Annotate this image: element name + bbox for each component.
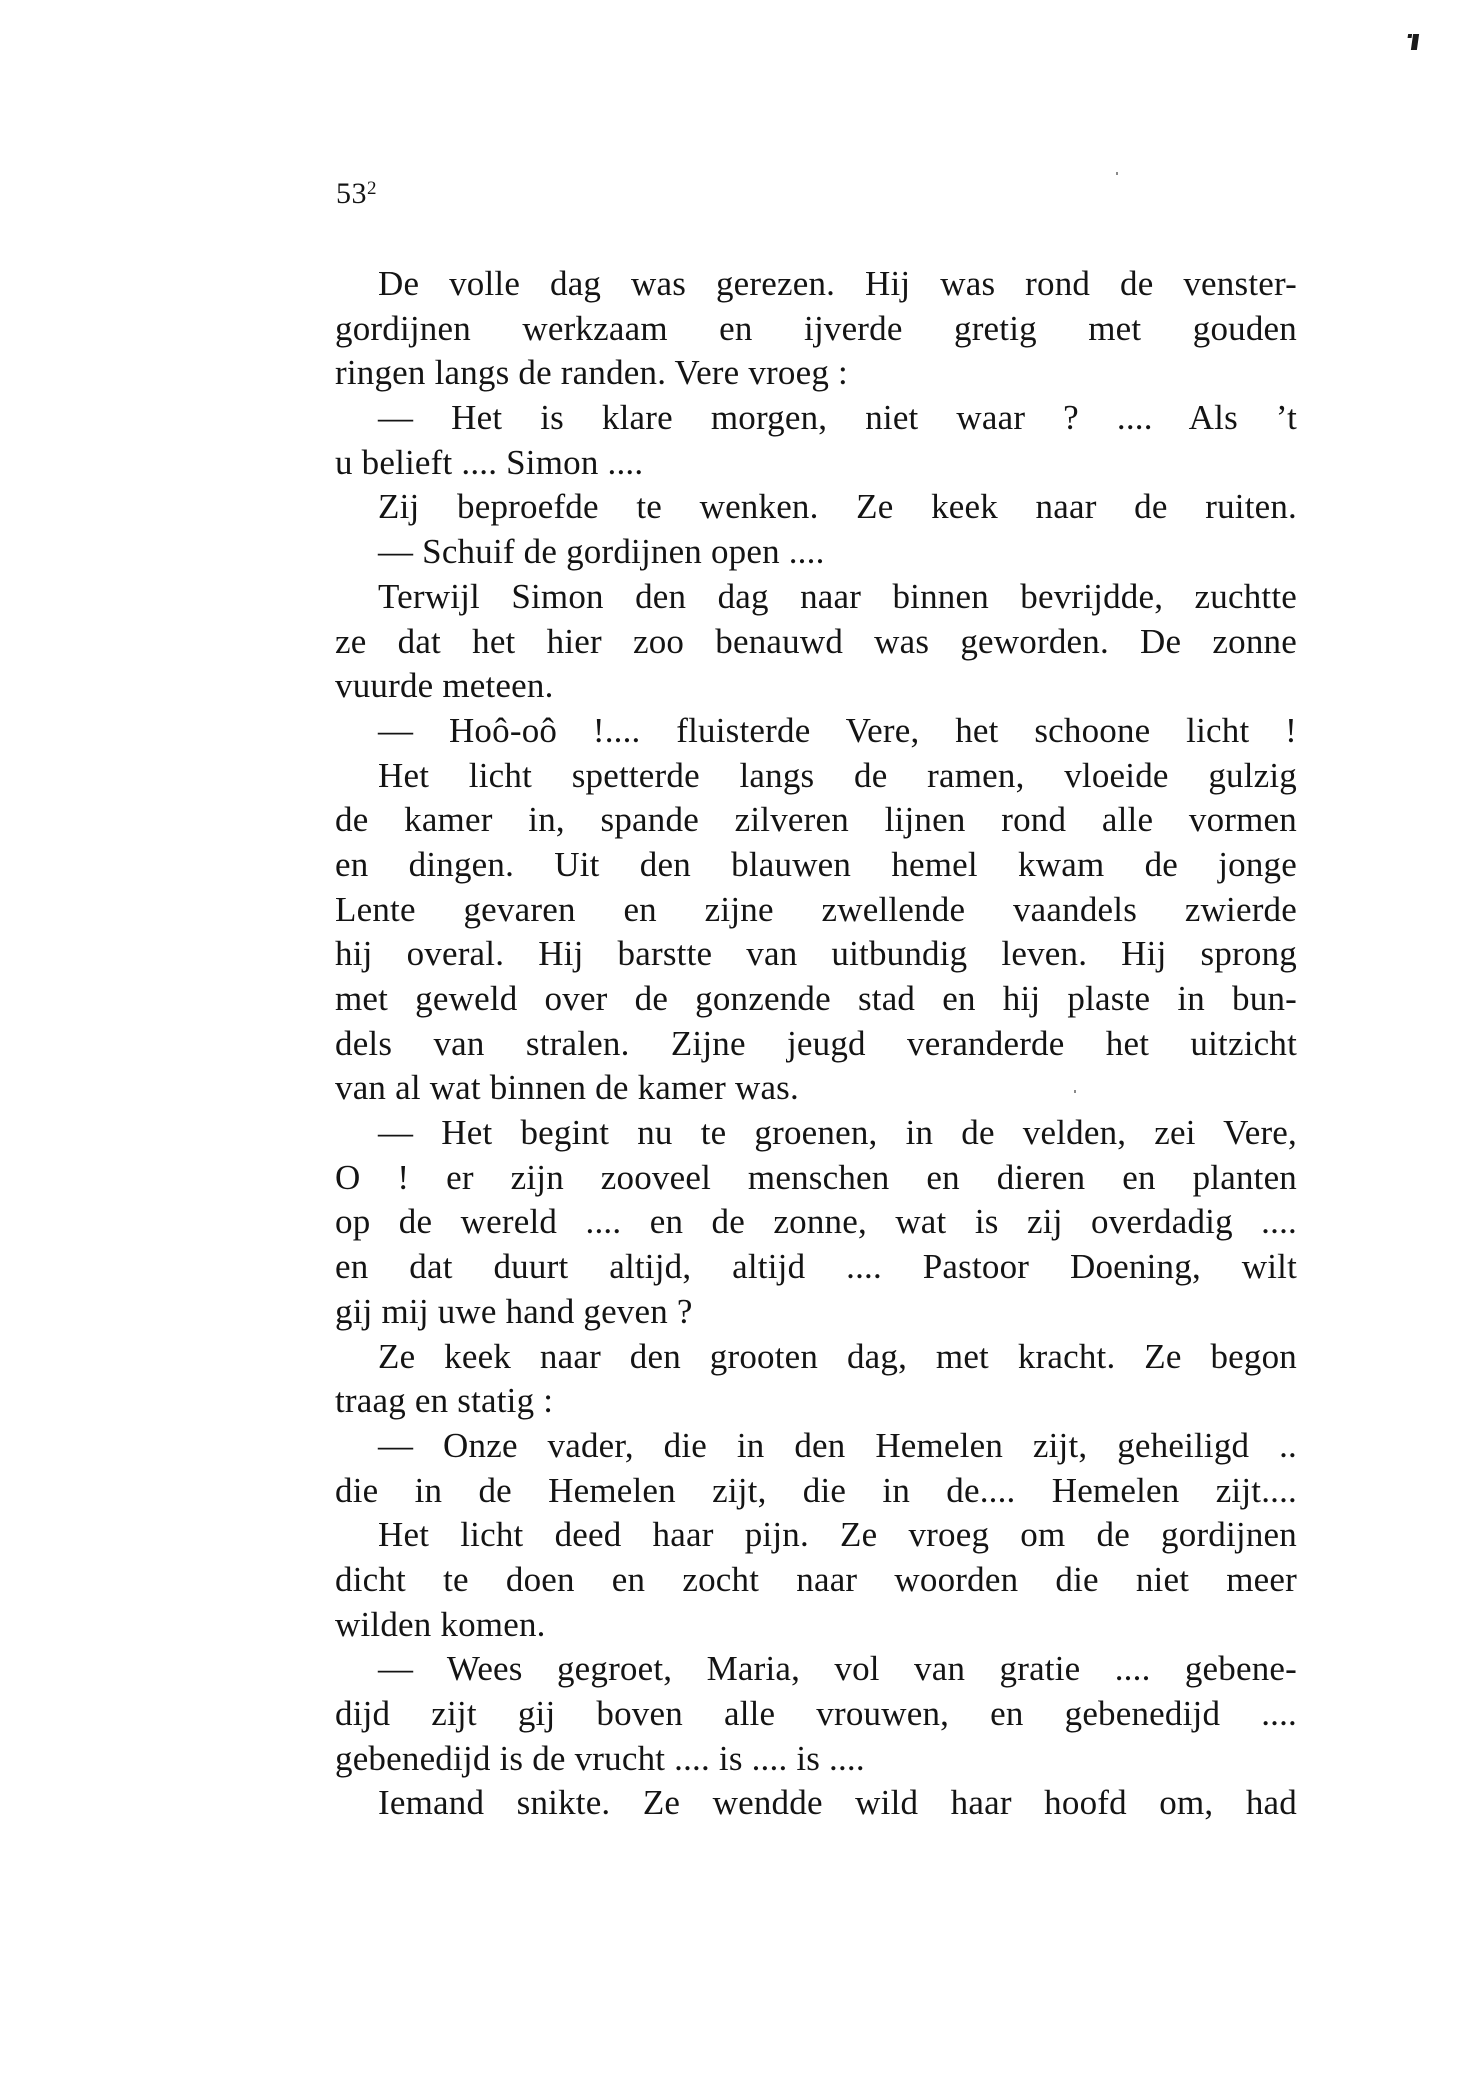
page-number: 532	[336, 176, 377, 212]
paragraph-first-line: De volle dag was gerezen. Hij was rond d…	[335, 262, 1297, 307]
text-line: en dat duurt altijd, altijd .... Pastoor…	[335, 1245, 1297, 1290]
scan-speck	[1116, 172, 1118, 175]
paragraph-first-line: — Het begint nu te groenen, in de velden…	[335, 1111, 1297, 1156]
text-line: gij mij uwe hand geven ?	[335, 1290, 1297, 1335]
text-line: gordijnen werkzaam en ijverde gretig met…	[335, 307, 1297, 352]
text-line: die in de Hemelen zijt, die in de.... He…	[335, 1469, 1297, 1514]
text-line: ringen langs de randen. Vere vroeg :	[335, 351, 1297, 396]
paragraph-first-line: Het licht deed haar pijn. Ze vroeg om de…	[335, 1513, 1297, 1558]
paragraph-first-line: — Onze vader, die in den Hemelen zijt, g…	[335, 1424, 1297, 1469]
text-line: hij overal. Hij barstte van uitbundig le…	[335, 932, 1297, 977]
text-line: wilden komen.	[335, 1603, 1297, 1648]
text-line: dels van stralen. Zijne jeugd veranderde…	[335, 1022, 1297, 1067]
text-line: op de wereld .... en de zonne, wat is zi…	[335, 1200, 1297, 1245]
paragraph-first-line: — Schuif de gordijnen open ....	[335, 530, 1297, 575]
page-number-main: 53	[336, 177, 367, 210]
text-line: dicht te doen en zocht naar woorden die …	[335, 1558, 1297, 1603]
paragraph-first-line: — Wees gegroet, Maria, vol van gratie ..…	[335, 1647, 1297, 1692]
scan-corner-mark	[1411, 34, 1419, 50]
paragraph-first-line: Terwijl Simon den dag naar binnen bevrij…	[335, 575, 1297, 620]
body-text: De volle dag was gerezen. Hij was rond d…	[335, 262, 1297, 1826]
text-line: O ! er zijn zooveel menschen en dieren e…	[335, 1156, 1297, 1201]
text-line: dijd zijt gij boven alle vrouwen, en geb…	[335, 1692, 1297, 1737]
text-line: gebenedijd is de vrucht .... is .... is …	[335, 1737, 1297, 1782]
text-line: de kamer in, spande zilveren lijnen rond…	[335, 798, 1297, 843]
paragraph-first-line: Het licht spetterde langs de ramen, vloe…	[335, 754, 1297, 799]
text-line: ze dat het hier zoo benauwd was geworden…	[335, 620, 1297, 665]
paragraph-first-line: Iemand snikte. Ze wendde wild haar hoofd…	[335, 1781, 1297, 1826]
text-line: u belieft .... Simon ....	[335, 441, 1297, 486]
paragraph-first-line: Zij beproefde te wenken. Ze keek naar de…	[335, 485, 1297, 530]
text-line: Lente gevaren en zijne zwellende vaandel…	[335, 888, 1297, 933]
paragraph-first-line: — Het is klare morgen, niet waar ? .... …	[335, 396, 1297, 441]
page-number-superscript: 2	[367, 178, 377, 199]
text-line: van al wat binnen de kamer was.	[335, 1066, 1297, 1111]
text-line: traag en statig :	[335, 1379, 1297, 1424]
text-line: en dingen. Uit den blauwen hemel kwam de…	[335, 843, 1297, 888]
text-line: met geweld over de gonzende stad en hij …	[335, 977, 1297, 1022]
paragraph-first-line: Ze keek naar den grooten dag, met kracht…	[335, 1335, 1297, 1380]
paragraph-first-line: — Hoô-oô !.... fluisterde Vere, het scho…	[335, 709, 1297, 754]
text-line: vuurde meteen.	[335, 664, 1297, 709]
